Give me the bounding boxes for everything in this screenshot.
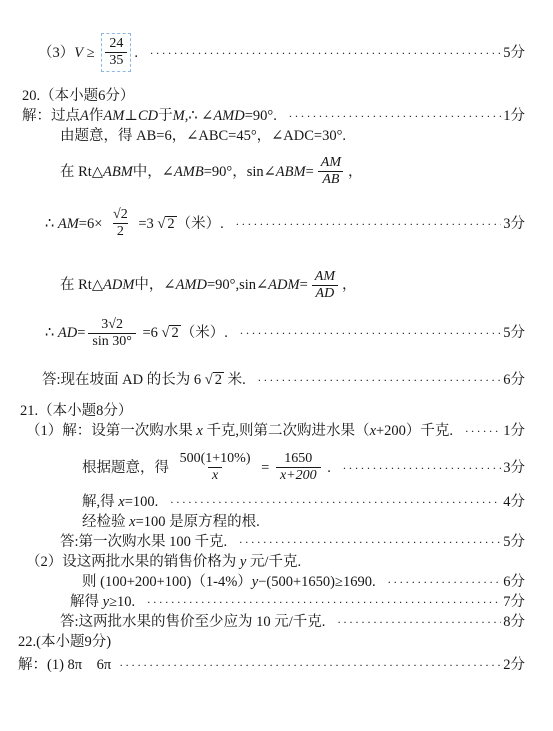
score-label: 1分 [503, 106, 525, 126]
line-q21-2-inequality: 则 (100+200+100)（1-4%）y−(500+1650)≥1690. … [82, 572, 525, 592]
line-q20-rt-abm: 在 Rt△ABM中，∠AMB=90°，sin∠ABM=AMAB， [60, 154, 525, 189]
answer-sheet-page: （3）V ≥ 2435. ···························… [0, 0, 553, 731]
fraction-numerator: 24 [105, 36, 127, 52]
text-run: 答:这两批水果的售价至少应为 10 元/千克. [60, 612, 329, 632]
sqrt-radical: √2 [205, 370, 224, 390]
text-run: =90°，sin∠ [204, 162, 276, 182]
text-run: ≥ [83, 43, 98, 63]
fraction-numerator: AM [317, 155, 345, 171]
text-run: ,∴ ∠ [185, 106, 214, 126]
line-q21-2-solve: 解得 y≥10. ·······························… [70, 592, 525, 612]
text-run: = [306, 162, 314, 182]
line-q21-2-setup: （2）设这两批水果的销售价格为 y 元/千克. [26, 552, 525, 572]
text-run: ∴ [45, 323, 58, 343]
text-run: = [77, 323, 85, 343]
score-label: 1分 [503, 421, 525, 441]
dotted-leader: ········································… [170, 492, 501, 512]
fraction-numerator: √2 [109, 207, 132, 223]
equation-field-fraction[interactable]: 2435 [101, 33, 131, 72]
fraction: √22 [109, 207, 132, 240]
score-label: 5分 [503, 43, 525, 63]
line-q21-1-answer: 答:第一次购水果 100 千克. ·······················… [60, 532, 525, 552]
text-run: 中，∠ [134, 275, 175, 295]
text-run: V [74, 43, 83, 63]
line-q21-2-answer: 答:这两批水果的售价至少应为 10 元/千克. ················… [60, 612, 525, 632]
text-run: 解得 [70, 592, 103, 612]
dotted-leader: ········································… [288, 106, 501, 126]
dotted-leader: ········································… [257, 370, 501, 390]
text-run: ⊥ [124, 106, 138, 126]
radicand: 2 [213, 372, 224, 388]
text-run: 20.（本小题6分） [22, 86, 134, 106]
radicand: 2 [169, 325, 180, 341]
text-run: =100 是原方程的根. [136, 512, 260, 532]
text-run: A [80, 106, 89, 126]
score-label: 2分 [503, 655, 525, 675]
fraction-denominator: sin 30° [88, 333, 135, 350]
text-run: （3） [38, 43, 74, 63]
fraction-denominator: x [208, 467, 222, 484]
fraction-numerator: 500(1+10%) [176, 451, 255, 467]
text-run: （1）解：设第一次购水果 [26, 421, 196, 441]
score-label: 6分 [503, 370, 525, 390]
fraction-numerator: 1650 [280, 451, 316, 467]
text-run: ABM [276, 162, 306, 182]
text-run: 解：过点 [22, 106, 80, 126]
text-run: （2）设这两批水果的销售价格为 [26, 552, 240, 572]
line-q20-rt-adm: 在 Rt△ADM中，∠AMD=90°,sin∠ADM=AMAD， [60, 268, 525, 303]
fraction-denominator: 2 [113, 223, 128, 240]
line-q21-1-setup: （1）解：设第一次购水果 x 千克,则第二次购进水果（x+200）千克. ···… [26, 421, 525, 441]
text-run: 经检验 [82, 512, 129, 532]
text-run: AMD [213, 106, 244, 126]
text-run: ， [342, 275, 357, 295]
fraction-numerator: AM [311, 269, 339, 285]
text-run: 22.(本小题9分) [18, 632, 111, 652]
text-run: −(500+1650)≥1690. [258, 572, 379, 592]
fraction-numerator: 3√2 [97, 317, 127, 333]
text-run: AMD [176, 275, 207, 295]
text-run: ∴ [45, 214, 58, 234]
text-run: 根据题意，得 [82, 458, 173, 478]
fraction-denominator: 35 [105, 52, 127, 69]
score-label: 5分 [503, 323, 525, 343]
text-run: 米. [224, 370, 249, 390]
text-run: AD [58, 323, 77, 343]
radicand: 2 [165, 216, 176, 232]
line-q22-title: 22.(本小题9分) [18, 632, 525, 652]
fraction-denominator: x+200 [276, 467, 321, 484]
text-run: 则 (100+200+100)（1-4%） [82, 572, 252, 592]
line-q21-equation: 根据题意，得 500(1+10%)x = 1650x+200 . ·······… [82, 450, 525, 485]
text-run: CD [138, 106, 158, 126]
text-run: ADM [103, 275, 134, 295]
fraction: 3√2sin 30° [88, 317, 135, 350]
line-q20-step1: 解：过点A作AM⊥CD于M,∴ ∠AMD=90°. ··············… [22, 106, 525, 126]
line-q20-given: 由题意，得 AB=6，∠ABC=45°，∠ADC=30°. [60, 126, 525, 146]
dotted-leader: ········································… [387, 572, 501, 592]
text-run: 于 [158, 106, 173, 126]
text-run: ≥10. [109, 592, 139, 612]
text-run: AM [58, 214, 79, 234]
fraction: AMAD [311, 269, 339, 302]
text-run: AM [103, 106, 124, 126]
text-run: 21.（本小题8分） [20, 401, 132, 421]
text-run: . [134, 43, 141, 63]
dotted-leader: ········································… [465, 421, 502, 441]
line-q21-title: 21.（本小题8分） [20, 401, 525, 421]
text-run: 在 Rt△ [60, 162, 103, 182]
dotted-leader: ········································… [147, 592, 501, 612]
text-run: = [300, 275, 308, 295]
dotted-leader: ········································… [150, 43, 502, 63]
fraction: AMAB [317, 155, 345, 188]
text-run: ABM [103, 162, 133, 182]
score-label: 7分 [503, 592, 525, 612]
line-q20-am-calc: ∴ AM=6× √22 =3 √2（米）. ··················… [45, 206, 525, 241]
text-run: 中，∠ [133, 162, 174, 182]
score-label: 6分 [503, 572, 525, 592]
dotted-leader: ········································… [235, 214, 501, 234]
dotted-leader: ········································… [337, 612, 501, 632]
score-label: 8分 [503, 612, 525, 632]
line-q22-ans1: 解：(1) 8π 6π·····························… [18, 655, 525, 675]
text-run: AMB [174, 162, 204, 182]
text-run: （米）. [181, 323, 232, 343]
score-label: 3分 [503, 458, 525, 478]
dotted-leader: ········································… [239, 532, 501, 552]
sqrt-radical: √2 [157, 214, 176, 234]
fraction-denominator: AB [318, 171, 343, 188]
fraction: 1650x+200 [276, 451, 321, 484]
text-run: . [324, 458, 335, 478]
text-run: ， [348, 162, 363, 182]
text-run: 解：(1) 8π 6π [18, 655, 111, 675]
text-run: 答:第一次购水果 100 千克. [60, 532, 231, 552]
line-ans19-part3: （3）V ≥ 2435. ···························… [38, 32, 525, 73]
sqrt-radical: √2 [162, 323, 181, 343]
text-run: 由题意，得 AB=6，∠ABC=45°，∠ADC=30°. [60, 126, 346, 146]
text-run: 作 [89, 106, 104, 126]
dotted-leader: ········································… [119, 655, 501, 675]
text-run: M [173, 106, 185, 126]
text-run: 元/千克. [246, 552, 301, 572]
text-run: 解,得 [82, 492, 118, 512]
score-label: 4分 [503, 492, 525, 512]
dotted-leader: ········································… [343, 458, 502, 478]
fraction-denominator: AD [312, 285, 339, 302]
fraction: 500(1+10%)x [176, 451, 255, 484]
text-run: =100. [125, 492, 162, 512]
text-run: =3 [135, 214, 158, 234]
text-run: （米）. [177, 214, 228, 234]
text-run: =6× [79, 214, 106, 234]
line-q20-answer: 答:现在坡面 AD 的长为 6 √2 米. ··················… [42, 370, 525, 390]
line-q20-ad-calc: ∴ AD=3√2sin 30° =6 √2（米）. ··············… [45, 316, 525, 351]
line-q21-check: 经检验 x=100 是原方程的根. [82, 512, 525, 532]
score-label: 3分 [503, 214, 525, 234]
text-run: +200）千克. [376, 421, 457, 441]
text-run: = [258, 458, 273, 478]
line-q21-solve: 解,得 x=100. ·····························… [82, 492, 525, 512]
score-label: 5分 [503, 532, 525, 552]
text-run: 答:现在坡面 AD 的长为 6 [42, 370, 205, 390]
dotted-leader: ········································… [239, 323, 501, 343]
line-q20-title: 20.（本小题6分） [22, 86, 525, 106]
text-run: =6 [139, 323, 162, 343]
text-run: 在 Rt△ [60, 275, 103, 295]
text-run: 千克,则第二次购进水果（ [203, 421, 370, 441]
text-run: =90°,sin∠ [207, 275, 268, 295]
text-run: =90°. [245, 106, 281, 126]
text-run: ADM [268, 275, 299, 295]
